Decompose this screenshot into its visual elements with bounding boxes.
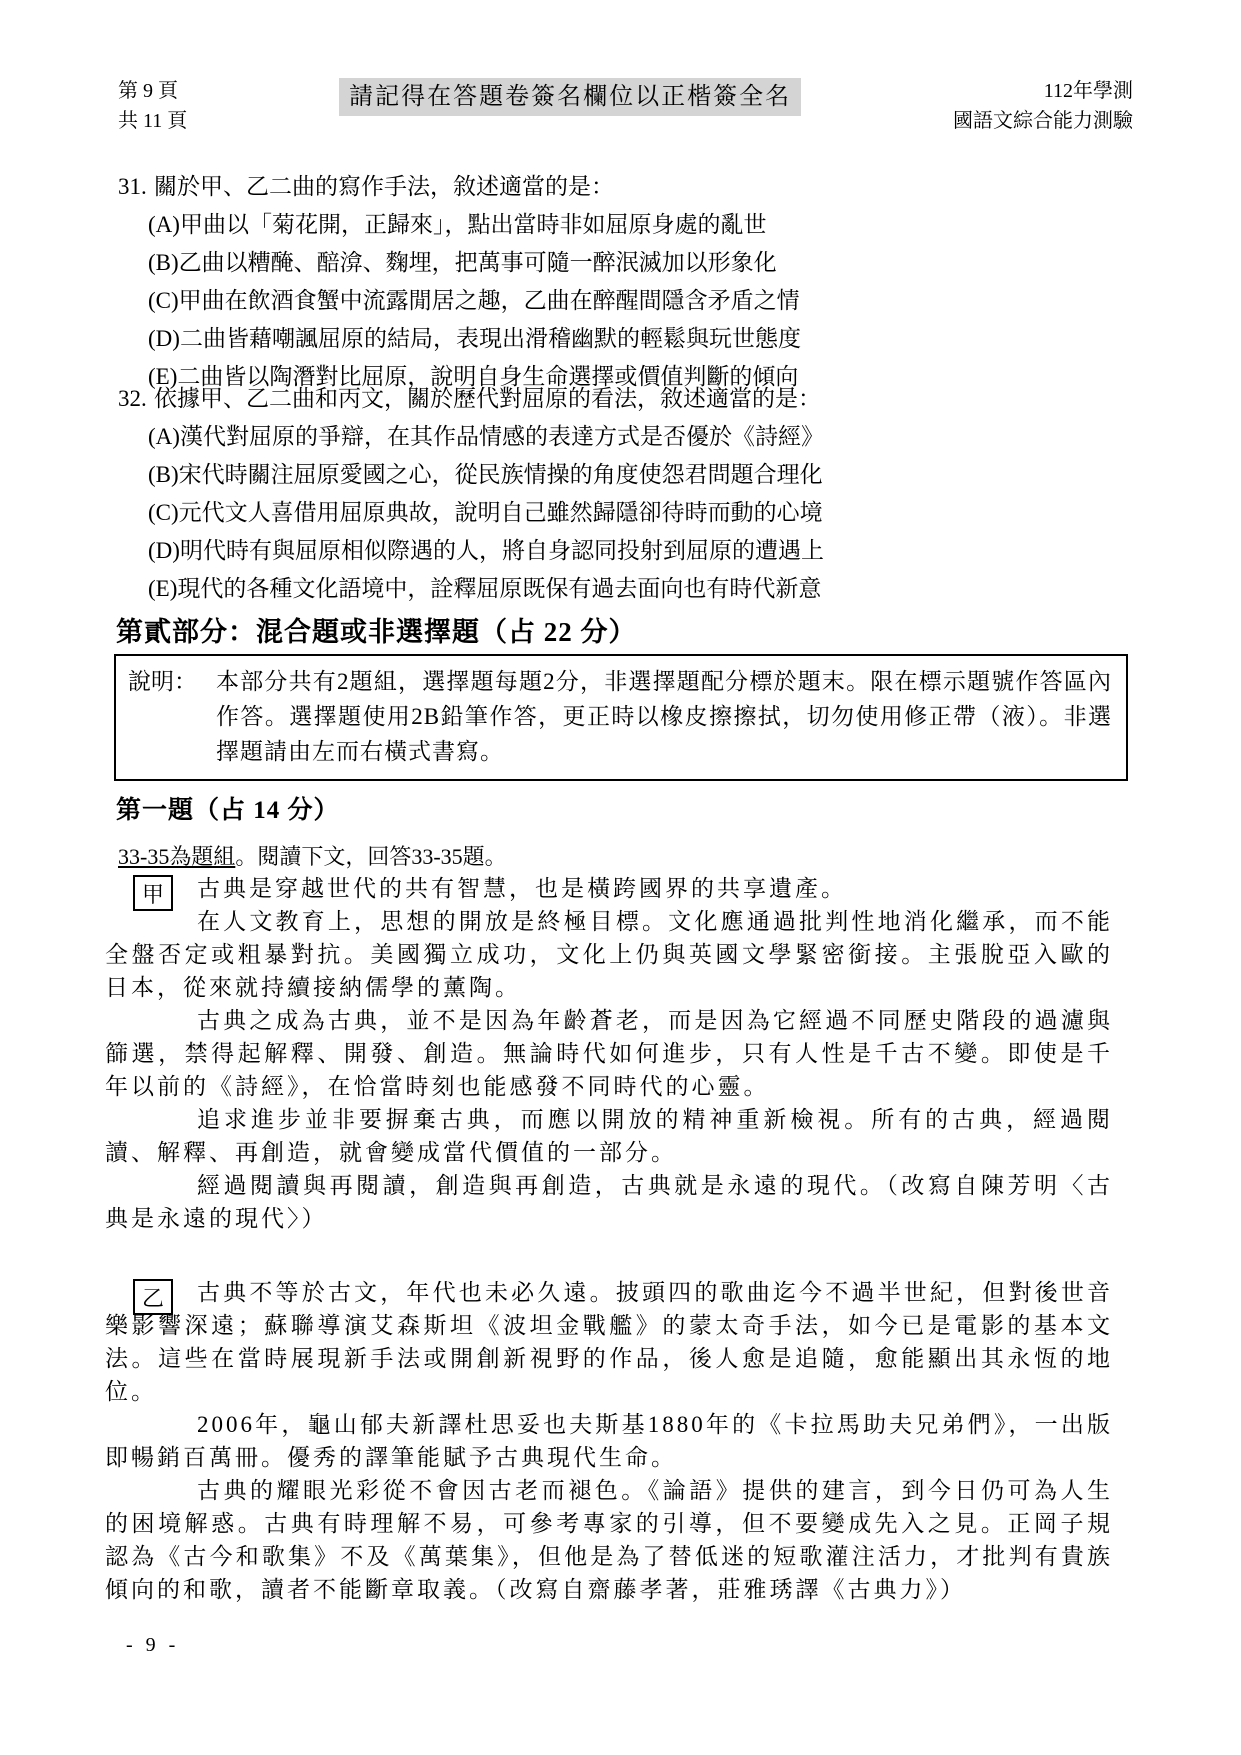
option-d: (D)二曲皆藉嘲諷屈原的結局，表現出滑稽幽默的輕鬆與玩世態度 <box>148 320 1141 358</box>
question-options: (A)甲曲以「菊花開，正歸來」，點出當時非如屈原身處的亂世 (B)乙曲以糟醃、醅… <box>118 206 1141 396</box>
option-text: 甲曲在飲酒食蟹中流露閒居之趣，乙曲在醉醒間隱含矛盾之情 <box>179 288 800 313</box>
option-label: (B) <box>148 462 179 487</box>
exam-year-label: 112年學測 <box>953 76 1133 106</box>
question-stem-text: 依據甲、乙二曲和丙文，關於歷代對屈原的看法，敘述適當的是： <box>154 380 821 418</box>
option-label: (E) <box>148 576 177 601</box>
passage-paragraph: 古典之成為古典，並不是因為年齡蒼老，而是因為它經過不同歷史階段的過濾與篩選，禁得… <box>105 1004 1113 1103</box>
option-text: 甲曲以「菊花開，正歸來」，點出當時非如屈原身處的亂世 <box>180 212 767 237</box>
passage-jia-label: 甲 <box>133 875 173 911</box>
question-group-heading: 第一題（占 14 分） <box>116 790 340 826</box>
option-text: 宋代時關注屈原愛國之心，從民族情操的角度使怨君問題合理化 <box>179 462 823 487</box>
passage-yi-label: 乙 <box>133 1279 173 1315</box>
option-b: (B)乙曲以糟醃、醅渰、麴埋，把萬事可隨一醉泯滅加以形象化 <box>148 244 1141 282</box>
option-a: (A)漢代對屈原的爭辯，在其作品情感的表達方式是否優於《詩經》 <box>148 418 1141 456</box>
option-c: (C)元代文人喜借用屈原典故，說明自己雖然歸隱卻待時而動的心境 <box>148 494 1141 532</box>
question-stem-text: 關於甲、乙二曲的寫作手法，敘述適當的是： <box>154 168 614 206</box>
passage-yi: 乙 古典不等於古文，年代也未必久遠。披頭四的歌曲迄今不過半世紀，但對後世音樂影響… <box>105 1276 1113 1606</box>
exam-title-block: 112年學測 國語文綜合能力測驗 <box>953 76 1133 136</box>
option-label: (B) <box>148 250 179 275</box>
exam-page: 第 9 頁 共 11 頁 請記得在答題卷簽名欄位以正楷簽全名 112年學測 國語… <box>0 0 1241 1755</box>
passage-paragraph: 追求進步並非要摒棄古典，而應以開放的精神重新檢視。所有的古典，經過閱讀、解釋、再… <box>105 1103 1113 1169</box>
signature-notice: 請記得在答題卷簽名欄位以正楷簽全名 <box>339 78 801 116</box>
option-label: (A) <box>148 212 180 237</box>
option-text: 漢代對屈原的爭辯，在其作品情感的表達方式是否優於《詩經》 <box>180 424 824 449</box>
page-count-block: 第 9 頁 共 11 頁 <box>118 76 187 136</box>
passage-paragraph: 古典的耀眼光彩從不會因古老而褪色。《論語》提供的建言，到今日仍可為人生的困境解惑… <box>105 1474 1113 1606</box>
passage-paragraph: 古典是穿越世代的共有智慧，也是橫跨國界的共享遺產。 <box>105 872 1113 905</box>
option-b: (B)宋代時關注屈原愛國之心，從民族情操的角度使怨君問題合理化 <box>148 456 1141 494</box>
option-text: 現代的各種文化語境中，詮釋屈原既保有過去面向也有時代新意 <box>177 576 821 601</box>
option-label: (A) <box>148 424 180 449</box>
option-e: (E)現代的各種文化語境中，詮釋屈原既保有過去面向也有時代新意 <box>148 570 1141 608</box>
instructions-label: 說明： <box>128 664 216 769</box>
question-stem: 31. 關於甲、乙二曲的寫作手法，敘述適當的是： <box>118 168 1141 206</box>
instructions-box: 說明： 本部分共有2題組，選擇題每題2分，非選擇題配分標於題末。限在標示題號作答… <box>114 654 1128 781</box>
section-heading: 第貳部分：混合題或非選擇題（占 22 分） <box>116 610 637 649</box>
option-text: 元代文人喜借用屈原典故，說明自己雖然歸隱卻待時而動的心境 <box>179 500 823 525</box>
passage-jia: 甲 古典是穿越世代的共有智慧，也是橫跨國界的共享遺產。 在人文教育上，思想的開放… <box>105 872 1113 1235</box>
question-options: (A)漢代對屈原的爭辯，在其作品情感的表達方式是否優於《詩經》 (B)宋代時關注… <box>118 418 1141 608</box>
exam-subject-label: 國語文綜合能力測驗 <box>953 106 1133 136</box>
passage-paragraph: 經過閱讀與再閱讀，創造與再創造，古典就是永遠的現代。（改寫自陳芳明〈古典是永遠的… <box>105 1169 1113 1235</box>
question-number: 31. <box>118 168 154 206</box>
question-number: 32. <box>118 380 154 418</box>
page-footer: - 9 - <box>126 1634 179 1657</box>
option-a: (A)甲曲以「菊花開，正歸來」，點出當時非如屈原身處的亂世 <box>148 206 1141 244</box>
option-label: (C) <box>148 500 179 525</box>
option-text: 二曲皆藉嘲諷屈原的結局，表現出滑稽幽默的輕鬆與玩世態度 <box>180 326 801 351</box>
question-stem: 32. 依據甲、乙二曲和丙文，關於歷代對屈原的看法，敘述適當的是： <box>118 380 1141 418</box>
question-32: 32. 依據甲、乙二曲和丙文，關於歷代對屈原的看法，敘述適當的是： (A)漢代對… <box>118 380 1141 608</box>
option-label: (D) <box>148 326 180 351</box>
option-label: (D) <box>148 538 180 563</box>
option-label: (C) <box>148 288 179 313</box>
group-range-label: 33-35為題組 <box>118 844 235 869</box>
page-total-label: 共 11 頁 <box>118 106 187 136</box>
passage-paragraph: 古典不等於古文，年代也未必久遠。披頭四的歌曲迄今不過半世紀，但對後世音樂影響深遠… <box>105 1276 1113 1408</box>
passage-paragraph: 在人文教育上，思想的開放是終極目標。文化應通過批判性地消化繼承，而不能全盤否定或… <box>105 905 1113 1004</box>
option-c: (C)甲曲在飲酒食蟹中流露閒居之趣，乙曲在醉醒間隱含矛盾之情 <box>148 282 1141 320</box>
group-intro-rest: 。閱讀下文，回答33-35題。 <box>235 844 506 869</box>
passage-paragraph: 2006年，龜山郁夫新譯杜思妥也夫斯基1880年的《卡拉馬助夫兄弟們》，一出版即… <box>105 1408 1113 1474</box>
option-text: 明代時有與屈原相似際遇的人，將自身認同投射到屈原的遭遇上 <box>180 538 824 563</box>
option-text: 乙曲以糟醃、醅渰、麴埋，把萬事可隨一醉泯滅加以形象化 <box>179 250 777 275</box>
option-d: (D)明代時有與屈原相似際遇的人，將自身認同投射到屈原的遭遇上 <box>148 532 1141 570</box>
question-31: 31. 關於甲、乙二曲的寫作手法，敘述適當的是： (A)甲曲以「菊花開，正歸來」… <box>118 168 1141 396</box>
page-header: 第 9 頁 共 11 頁 請記得在答題卷簽名欄位以正楷簽全名 112年學測 國語… <box>118 76 1133 136</box>
instructions-text: 本部分共有2題組，選擇題每題2分，非選擇題配分標於題末。限在標示題號作答區內作答… <box>216 664 1112 769</box>
group-intro: 33-35為題組。閱讀下文，回答33-35題。 <box>118 840 507 871</box>
page-number-label: 第 9 頁 <box>118 76 187 106</box>
